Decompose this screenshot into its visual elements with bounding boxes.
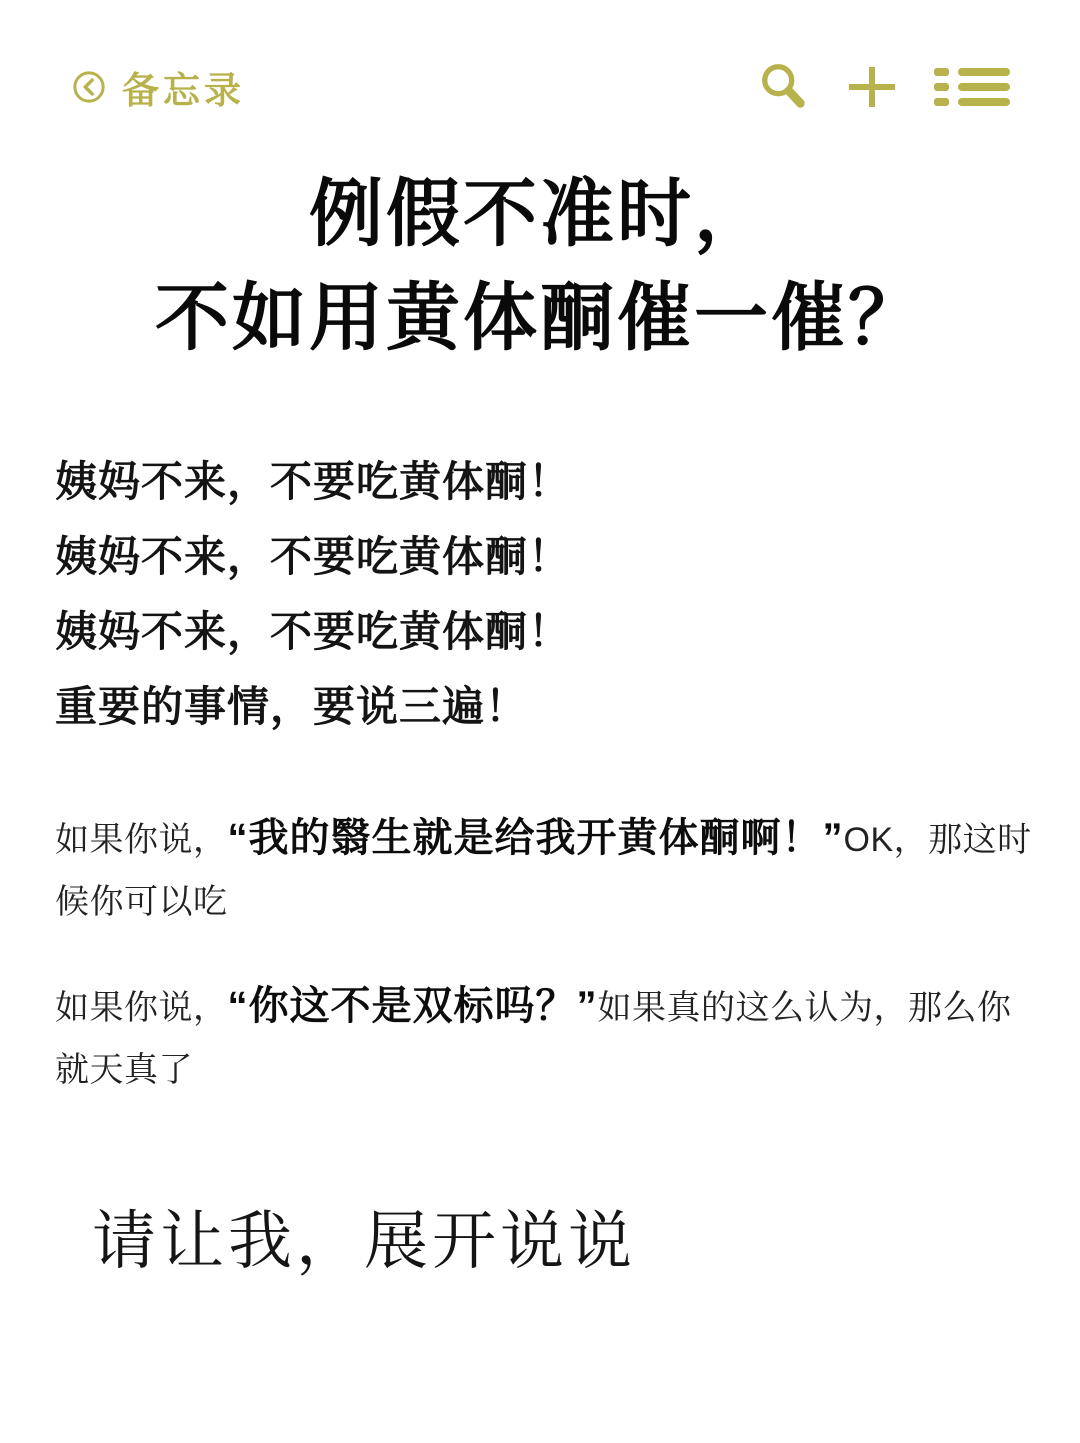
quote-paragraph-1: 如果你说，“我的翳生就是给我开黄体酮啊！”OK，那这时候你可以吃 bbox=[0, 807, 1080, 933]
back-label: 备忘录 bbox=[122, 60, 245, 114]
list-view-button[interactable] bbox=[934, 66, 1010, 108]
title-line-2: 不如用黄体酮催一催？ bbox=[0, 266, 1080, 370]
quote-2-bold: “你这不是双标吗？” bbox=[228, 984, 598, 1028]
quote-1-prefix: 如果你说， bbox=[55, 821, 228, 859]
top-bar: 备忘录 bbox=[0, 0, 1080, 114]
quote-paragraph-2: 如果你说，“你这不是双标吗？”如果真的这么认为，那么你就天真了 bbox=[0, 975, 1080, 1101]
search-icon bbox=[758, 61, 810, 113]
quote-1-bold: “我的翳生就是给我开黄体酮啊！” bbox=[228, 816, 844, 860]
bulleted-list-icon bbox=[934, 66, 1010, 108]
search-button[interactable] bbox=[758, 61, 810, 113]
repeat-line-1: 姨妈不来，不要吃黄体酮！ bbox=[0, 458, 1080, 506]
back-button[interactable]: 备忘录 bbox=[72, 60, 245, 114]
quote-2-prefix: 如果你说， bbox=[55, 989, 228, 1027]
note-content: 例假不准时， 不如用黄体酮催一催？ 姨妈不来，不要吃黄体酮！ 姨妈不来，不要吃黄… bbox=[0, 162, 1080, 1279]
header-actions bbox=[758, 61, 1010, 113]
notes-app-screen: 备忘录 bbox=[0, 0, 1080, 1443]
repeat-line-3: 姨妈不来，不要吃黄体酮！ bbox=[0, 608, 1080, 656]
plus-icon bbox=[848, 65, 896, 109]
note-title: 例假不准时， 不如用黄体酮催一催？ bbox=[0, 162, 1080, 370]
chevron-left-circle-icon bbox=[72, 70, 106, 104]
closing-line: 请让我，展开说说 bbox=[0, 1205, 1080, 1279]
title-line-1: 例假不准时， bbox=[0, 162, 1080, 266]
add-button[interactable] bbox=[848, 65, 896, 109]
emphasis-line: 重要的事情，要说三遍！ bbox=[0, 683, 1080, 731]
repeat-line-2: 姨妈不来，不要吃黄体酮！ bbox=[0, 533, 1080, 581]
